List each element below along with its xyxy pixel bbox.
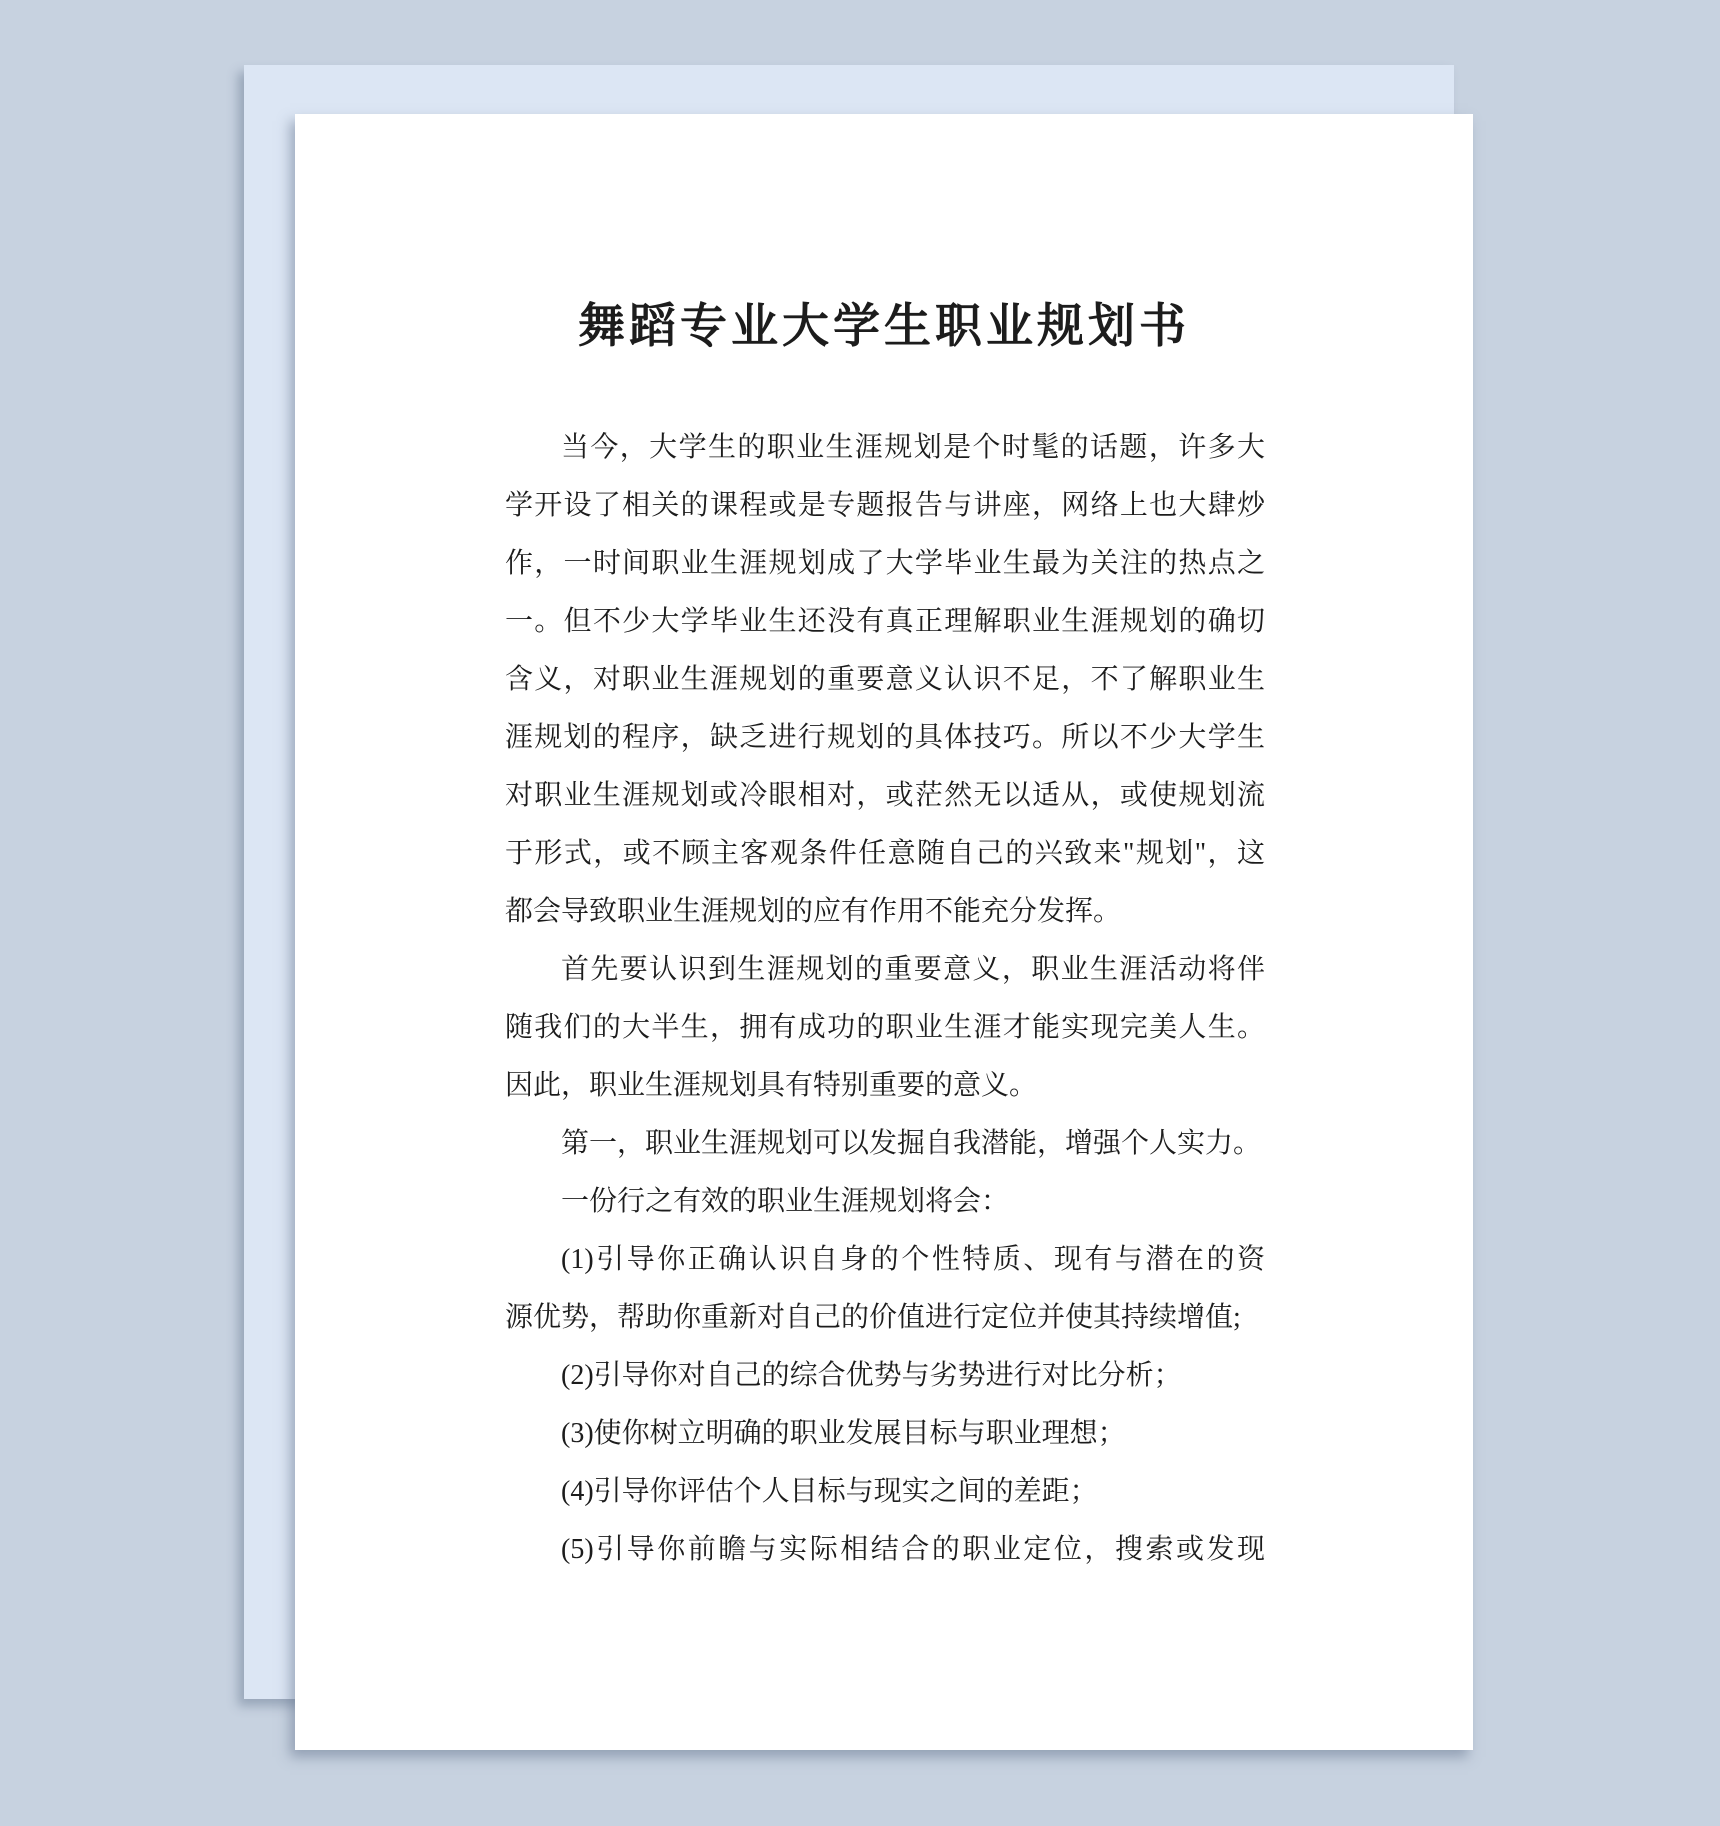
text-line: 作，一时间职业生涯规划成了大学毕业生最为关注的热点之	[505, 535, 1265, 593]
text-line: 都会导致职业生涯规划的应有作用不能充分发挥。	[505, 883, 1265, 941]
text-line: 首先要认识到生涯规划的重要意义，职业生涯活动将伴	[505, 941, 1265, 999]
document-body: 当今，大学生的职业生涯规划是个时髦的话题，许多大学开设了相关的课程或是专题报告与…	[505, 419, 1265, 1579]
document-page: 舞蹈专业大学生职业规划书 当今，大学生的职业生涯规划是个时髦的话题，许多大学开设…	[295, 114, 1473, 1750]
text-line: 因此，职业生涯规划具有特别重要的意义。	[505, 1057, 1265, 1115]
text-line: (4)引导你评估个人目标与现实之间的差距；	[505, 1463, 1265, 1521]
text-line: 对职业生涯规划或冷眼相对，或茫然无以适从，或使规划流	[505, 767, 1265, 825]
text-line: (3)使你树立明确的职业发展目标与职业理想；	[505, 1405, 1265, 1463]
text-line: (5)引导你前瞻与实际相结合的职业定位，搜索或发现	[505, 1521, 1265, 1579]
text-line: (2)引导你对自己的综合优势与劣势进行对比分析；	[505, 1347, 1265, 1405]
text-line: 一。但不少大学毕业生还没有真正理解职业生涯规划的确切	[505, 593, 1265, 651]
text-line: (1)引导你正确认识自身的个性特质、现有与潜在的资	[505, 1231, 1265, 1289]
text-line: 学开设了相关的课程或是专题报告与讲座，网络上也大肆炒	[505, 477, 1265, 535]
text-line: 含义，对职业生涯规划的重要意义认识不足，不了解职业生	[505, 651, 1265, 709]
text-line: 随我们的大半生，拥有成功的职业生涯才能实现完美人生。	[505, 999, 1265, 1057]
desk-background: { "page": { "title": "舞蹈专业大学生职业规划书", "li…	[0, 0, 1720, 1826]
text-line: 一份行之有效的职业生涯规划将会：	[505, 1173, 1265, 1231]
text-line: 涯规划的程序，缺乏进行规划的具体技巧。所以不少大学生	[505, 709, 1265, 767]
text-line: 于形式，或不顾主客观条件任意随自己的兴致来"规划"，这	[505, 825, 1265, 883]
text-line: 源优势，帮助你重新对自己的价值进行定位并使其持续增值;	[505, 1289, 1265, 1347]
text-line: 当今，大学生的职业生涯规划是个时髦的话题，许多大	[505, 419, 1265, 477]
text-line: 第一，职业生涯规划可以发掘自我潜能，增强个人实力。	[505, 1115, 1265, 1173]
document-title: 舞蹈专业大学生职业规划书	[295, 297, 1473, 355]
